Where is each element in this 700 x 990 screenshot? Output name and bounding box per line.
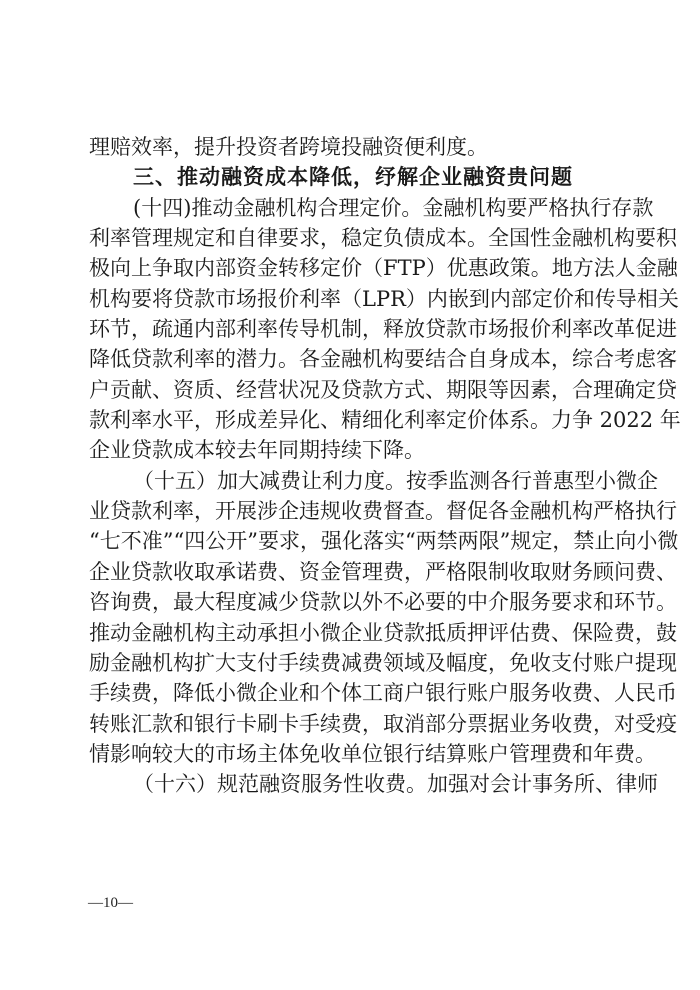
text-line: 励金融机构扩大支付手续费减费领域及幅度，免收支付账户提现 [89,648,615,678]
text-line: 企业贷款成本较去年同期持续下降。 [89,435,615,465]
text-line: 理赔效率，提升投资者跨境投融资便利度。 [89,132,615,162]
section-heading: 三、推动融资成本降低，纾解企业融资贵问题 [89,162,615,192]
text-line: 转账汇款和银行卡刷卡手续费，取消部分票据业务收费，对受疫 [89,709,615,739]
text-line: 推动金融机构主动承担小微企业贷款抵质押评估费、保险费，鼓 [89,618,615,648]
text-line: 企业贷款收取承诺费、资金管理费，严格限制收取财务顾问费、 [89,557,615,587]
text-line: (十四)推动金融机构合理定价。金融机构要严格执行存款 [89,193,615,223]
text-line: “七不准”“四公开”要求，强化落实“两禁两限”规定，禁止向小微 [89,526,615,556]
text-line: 利率管理规定和自律要求，稳定负债成本。全国性金融机构要积 [89,223,615,253]
text-line: 降低贷款利率的潜力。各金融机构要结合自身成本，综合考虑客 [89,344,615,374]
text-line: （十六）规范融资服务性收费。加强对会计事务所、律师 [89,769,615,799]
text-line: 手续费，降低小微企业和个体工商户银行账户服务收费、人民币 [89,678,615,708]
body-text: 理赔效率，提升投资者跨境投融资便利度。三、推动融资成本降低，纾解企业融资贵问题(… [89,132,615,800]
text-line: 咨询费，最大程度减少贷款以外不必要的中介服务要求和环节。 [89,587,615,617]
page-number: —10— [88,895,133,912]
text-line: 款利率水平，形成差异化、精细化利率定价体系。力争 2022 年 [89,405,615,435]
text-line: （十五）加大减费让利力度。按季监测各行普惠型小微企 [89,466,615,496]
text-line: 机构要将贷款市场报价利率（LPR）内嵌到内部定价和传导相关 [89,284,615,314]
text-line: 业贷款利率，开展涉企违规收费督查。督促各金融机构严格执行 [89,496,615,526]
text-line: 户贡献、资质、经营状况及贷款方式、期限等因素，合理确定贷 [89,375,615,405]
text-line: 极向上争取内部资金转移定价（FTP）优惠政策。地方法人金融 [89,253,615,283]
document-page: 理赔效率，提升投资者跨境投融资便利度。三、推动融资成本降低，纾解企业融资贵问题(… [0,0,700,990]
text-line: 情影响较大的市场主体免收单位银行结算账户管理费和年费。 [89,739,615,769]
text-line: 环节，疏通内部利率传导机制，释放贷款市场报价利率改革促进 [89,314,615,344]
